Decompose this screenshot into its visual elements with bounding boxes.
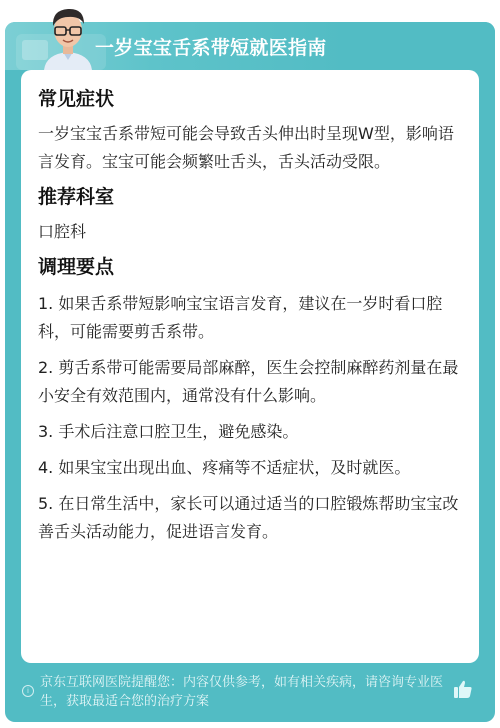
care-point-1: 1. 如果舌系带短影响宝宝语言发育，建议在一岁时看口腔科，可能需要剪舌系带。 xyxy=(38,290,462,346)
page-title: 一岁宝宝舌系带短就医指南 xyxy=(95,33,327,60)
symptoms-text: 一岁宝宝舌系带短可能会导致舌头伸出时呈现W型，影响语言发育。宝宝可能会频繁吐舌头… xyxy=(38,120,462,176)
care-point-2: 2. 剪舌系带可能需要局部麻醉，医生会控制麻醉药剂量在最小安全有效范围内，通常没… xyxy=(38,354,462,410)
content-card: 常见症状 一岁宝宝舌系带短可能会导致舌头伸出时呈现W型，影响语言发育。宝宝可能会… xyxy=(21,70,479,663)
thumbs-up-icon[interactable] xyxy=(453,679,473,699)
info-icon: i xyxy=(22,685,34,697)
section-title-symptoms: 常见症状 xyxy=(38,86,462,112)
section-title-care-points: 调理要点 xyxy=(38,254,462,280)
department-text: 口腔科 xyxy=(38,218,462,246)
section-title-department: 推荐科室 xyxy=(38,184,462,210)
care-point-5: 5. 在日常生活中，家长可以通过适当的口腔锻炼帮助宝宝改善舌头活动能力，促进语言… xyxy=(38,490,462,546)
disclaimer-text: 京东互联网医院提醒您：内容仅供参考，如有相关疾病，请咨询专业医生，获取最适合您的… xyxy=(40,673,455,711)
doctor-avatar xyxy=(38,4,98,70)
care-point-3: 3. 手术后注意口腔卫生，避免感染。 xyxy=(38,418,462,446)
care-point-4: 4. 如果宝宝出现出血、疼痛等不适症状，及时就医。 xyxy=(38,454,462,482)
